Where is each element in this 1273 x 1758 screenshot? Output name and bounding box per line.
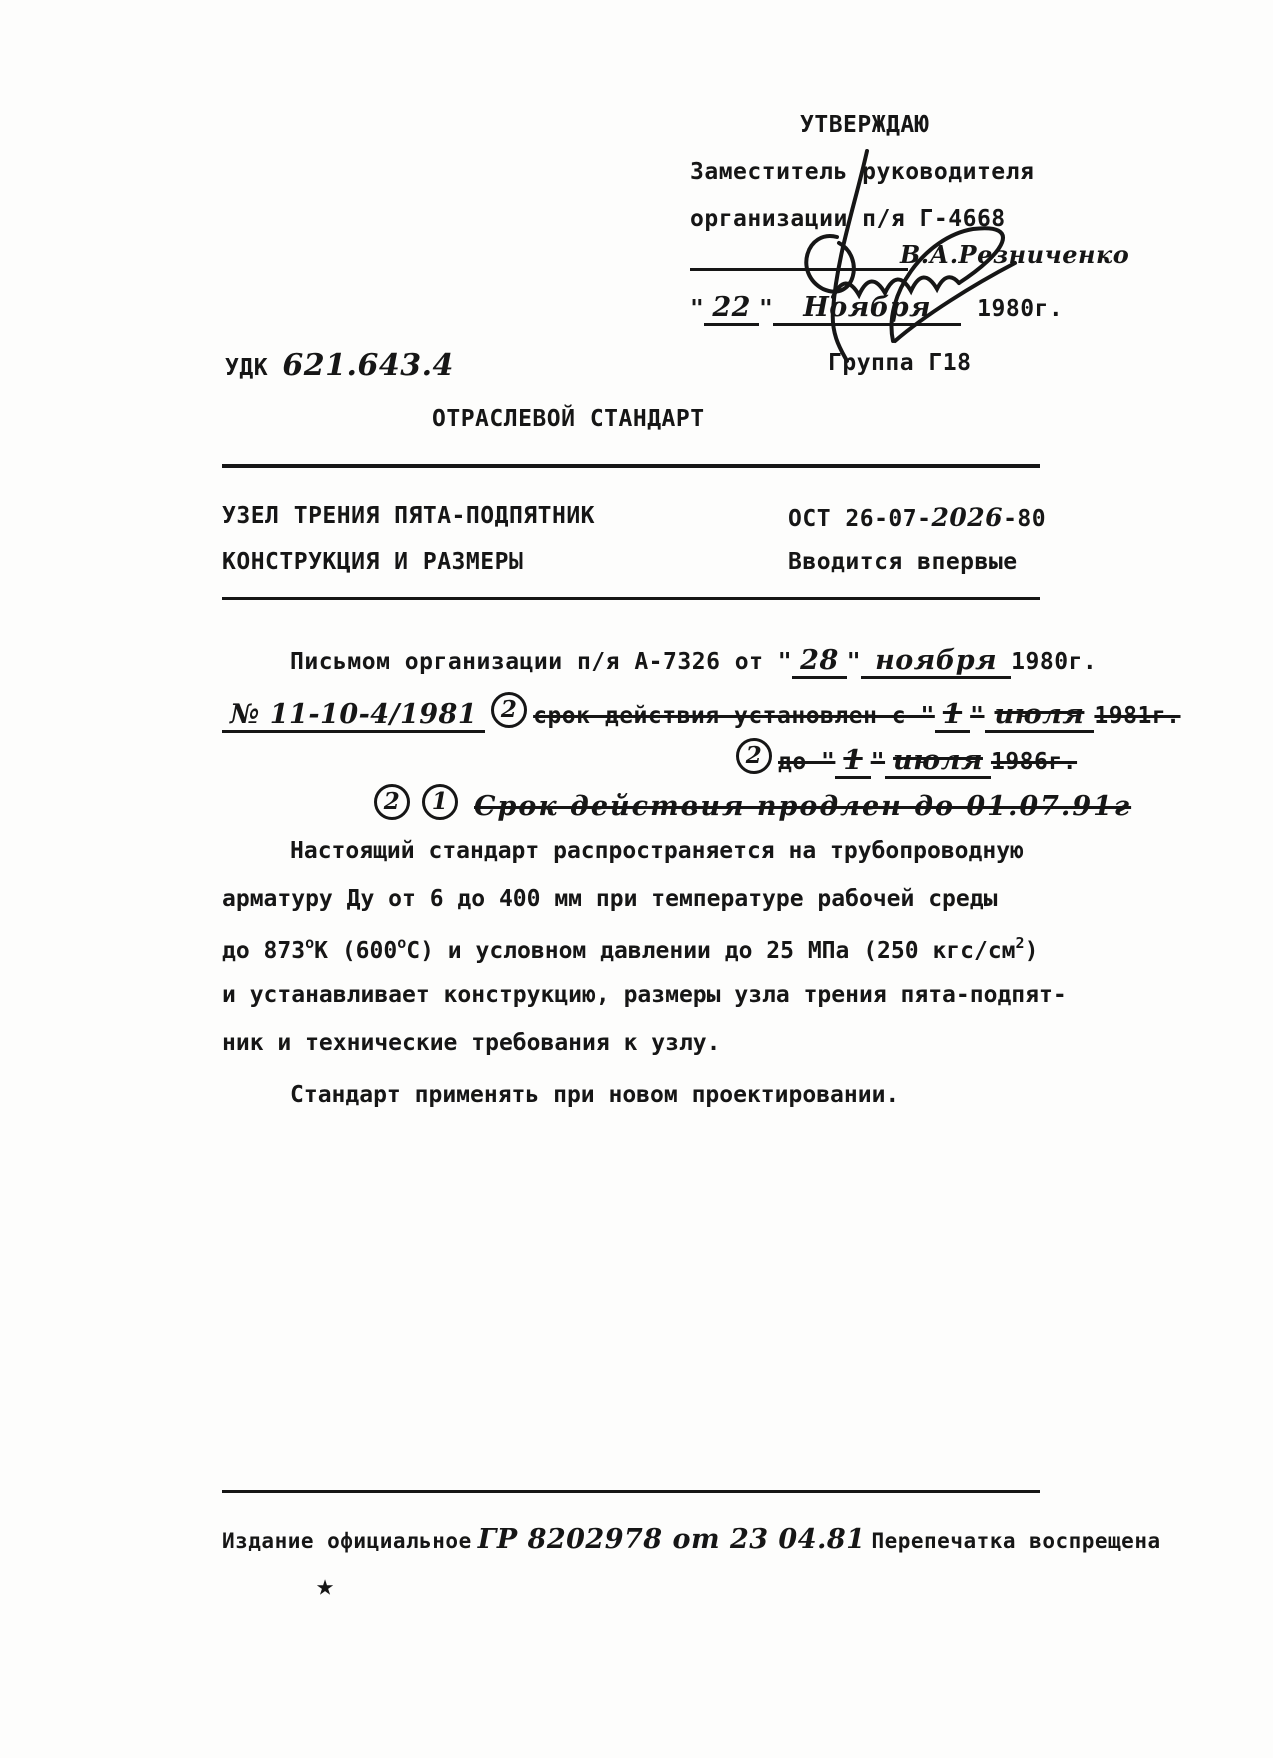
- quote-mark: ": [871, 749, 885, 775]
- struck-validity-line-2: до "1"июля1986г.: [778, 749, 1077, 775]
- body-line: Настоящий стандарт распространяется на т…: [222, 838, 1052, 886]
- letter-month: ноября: [861, 645, 1011, 679]
- approval-year: 1980г.: [977, 296, 1063, 322]
- group-label: Группа Г18: [828, 350, 971, 376]
- quote-mark: ": [847, 649, 861, 675]
- struck-year: 1986г.: [991, 749, 1077, 775]
- struck-year: 1981г.: [1094, 703, 1180, 729]
- udk-line: УДК 621.643.4: [225, 348, 454, 383]
- subject-title-line-1: УЗЕЛ ТРЕНИЯ ПЯТА-ПОДПЯТНИК: [222, 503, 595, 529]
- degree-superscript: о: [397, 934, 406, 952]
- approval-month: Ноября: [773, 292, 961, 326]
- approval-line-2: организации п/я Г-4668: [690, 206, 1006, 232]
- quote-mark: ": [759, 296, 773, 322]
- struck-validity-line-1: срок действия установлен с "1"июля1981г.: [533, 703, 1180, 729]
- approval-heading: УТВЕРЖДАЮ: [800, 112, 929, 138]
- body-line: арматуру Ду от 6 до 400 мм при температу…: [222, 886, 1052, 934]
- official-label: Издание официальное: [222, 1529, 472, 1553]
- body-text: до 873: [222, 938, 305, 964]
- struck-validity-line-3: Срок действия продлен до 01.07.91г: [474, 791, 1131, 822]
- registration-stamp: ГР 8202978 от 23 04.81: [478, 1524, 866, 1555]
- quote-mark: ": [970, 703, 984, 729]
- registration-number: № 11-10-4/1981: [222, 699, 485, 733]
- circled-2-icon: 2: [736, 738, 772, 774]
- standard-code-suffix: -80: [1003, 506, 1046, 532]
- udk-value: 621.643.4: [282, 348, 454, 383]
- letter-line: Письмом организации п/я А-7326 от "28"но…: [290, 645, 1097, 676]
- approval-day: 22: [704, 292, 759, 326]
- body-text: ): [1025, 938, 1039, 964]
- approval-line-1: Заместитель руководителя: [690, 159, 1034, 185]
- subject-title-line-2: КОНСТРУКЦИЯ И РАЗМЕРЫ: [222, 549, 523, 575]
- standard-code: ОСТ 26-07-2026-80: [788, 503, 1046, 532]
- struck-day: 1: [935, 699, 970, 733]
- letter-text: Письмом организации п/я А-7326 от ": [290, 649, 792, 675]
- body-paragraph: Настоящий стандарт распространяется на т…: [222, 838, 1052, 1078]
- reprint-notice: Перепечатка воспрещена: [871, 1529, 1160, 1553]
- validity-extension-line: 2до "1"июля1986г.: [730, 738, 1077, 776]
- struck-month: июля: [985, 699, 1095, 733]
- star-icon: ★: [316, 1568, 334, 1603]
- divider-rule: [222, 464, 1040, 468]
- body-text: С) и условном давлении до 25 МПа (250 кг…: [406, 938, 1015, 964]
- signer-name: В.А.Резниченко: [900, 240, 1129, 269]
- body-line: ник и технические требования к узлу.: [222, 1030, 1052, 1078]
- body-text: К (600: [314, 938, 397, 964]
- scanned-standard-page: УТВЕРЖДАЮ Заместитель руководителя орган…: [0, 0, 1273, 1758]
- approval-date-line: "22"Ноября1980г.: [690, 292, 1063, 323]
- struck-text: до ": [778, 749, 835, 775]
- body-line: и устанавливает конструкцию, размеры узл…: [222, 982, 1052, 1030]
- standard-code-number: 2026: [931, 503, 1003, 532]
- circled-2-icon: 2: [374, 784, 410, 820]
- circled-2-icon: 2: [491, 692, 527, 728]
- letter-year: 1980г.: [1011, 649, 1097, 675]
- letter-day: 28: [792, 645, 847, 679]
- application-note: Стандарт применять при новом проектирова…: [290, 1082, 899, 1108]
- divider-rule: [222, 1490, 1040, 1493]
- struck-text: срок действия установлен с ": [533, 703, 935, 729]
- status-intro: Вводится впервые: [788, 549, 1018, 575]
- body-line: до 873оК (600оС) и условном давлении до …: [222, 934, 1052, 982]
- udk-label: УДК: [225, 355, 268, 381]
- signature-underline: [690, 268, 908, 271]
- degree-superscript: о: [305, 934, 314, 952]
- quote-mark: ": [690, 296, 704, 322]
- circled-1-icon: 1: [422, 784, 458, 820]
- footer-line: Издание официальноеГР 8202978 от 23 04.8…: [222, 1524, 1161, 1555]
- squared-superscript: 2: [1016, 934, 1025, 952]
- validity-prolong-line: 21Срок действия продлен до 01.07.91г: [368, 784, 1131, 822]
- divider-rule: [222, 597, 1040, 600]
- struck-month: июля: [885, 745, 991, 779]
- struck-day: 1: [835, 745, 870, 779]
- standard-code-prefix: ОСТ 26-07-: [788, 506, 931, 532]
- reg-line: № 11-10-4/19812срок действия установлен …: [222, 692, 1181, 730]
- doc-type-title: ОТРАСЛЕВОЙ СТАНДАРТ: [432, 406, 705, 432]
